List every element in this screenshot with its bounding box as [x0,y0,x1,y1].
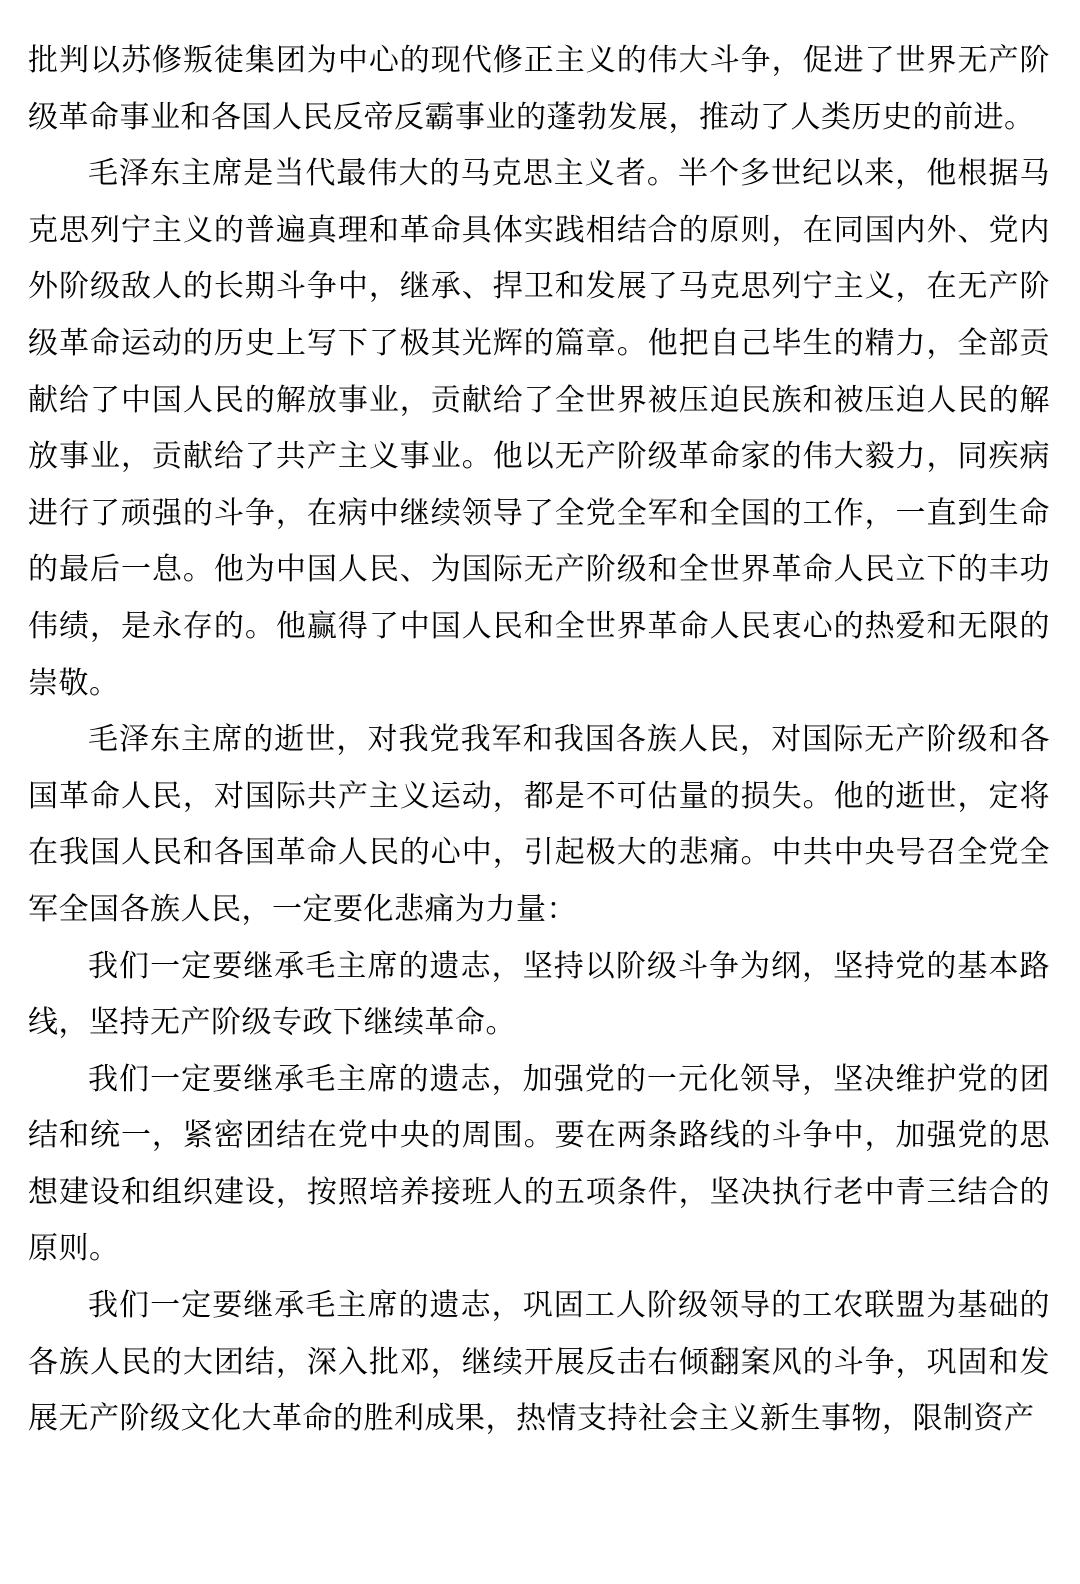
paragraph-3: 毛泽东主席的逝世，对我党我军和我国各族人民，对国际无产阶级和各国革命人民，对国际… [28,712,1050,938]
document-page: 批判以苏修叛徒集团为中心的现代修正主义的伟大斗争，促进了世界无产阶级革命事业和各… [0,0,1080,1584]
document-text-body: 批判以苏修叛徒集团为中心的现代修正主义的伟大斗争，促进了世界无产阶级革命事业和各… [28,33,1050,1448]
paragraph-5: 我们一定要继承毛主席的遗志，加强党的一元化领导，坚决维护党的团结和统一，紧密团结… [28,1052,1050,1278]
paragraph-2: 毛泽东主席是当代最伟大的马克思主义者。半个多世纪以来，他根据马克思列宁主义的普遍… [28,146,1050,712]
paragraph-6-runover: 我们一定要继承毛主席的遗志，巩固工人阶级领导的工农联盟为基础的各族人民的大团结，… [28,1278,1050,1448]
paragraph-1-continuation: 批判以苏修叛徒集团为中心的现代修正主义的伟大斗争，促进了世界无产阶级革命事业和各… [28,33,1050,146]
paragraph-4: 我们一定要继承毛主席的遗志，坚持以阶级斗争为纲，坚持党的基本路线，坚持无产阶级专… [28,939,1050,1052]
